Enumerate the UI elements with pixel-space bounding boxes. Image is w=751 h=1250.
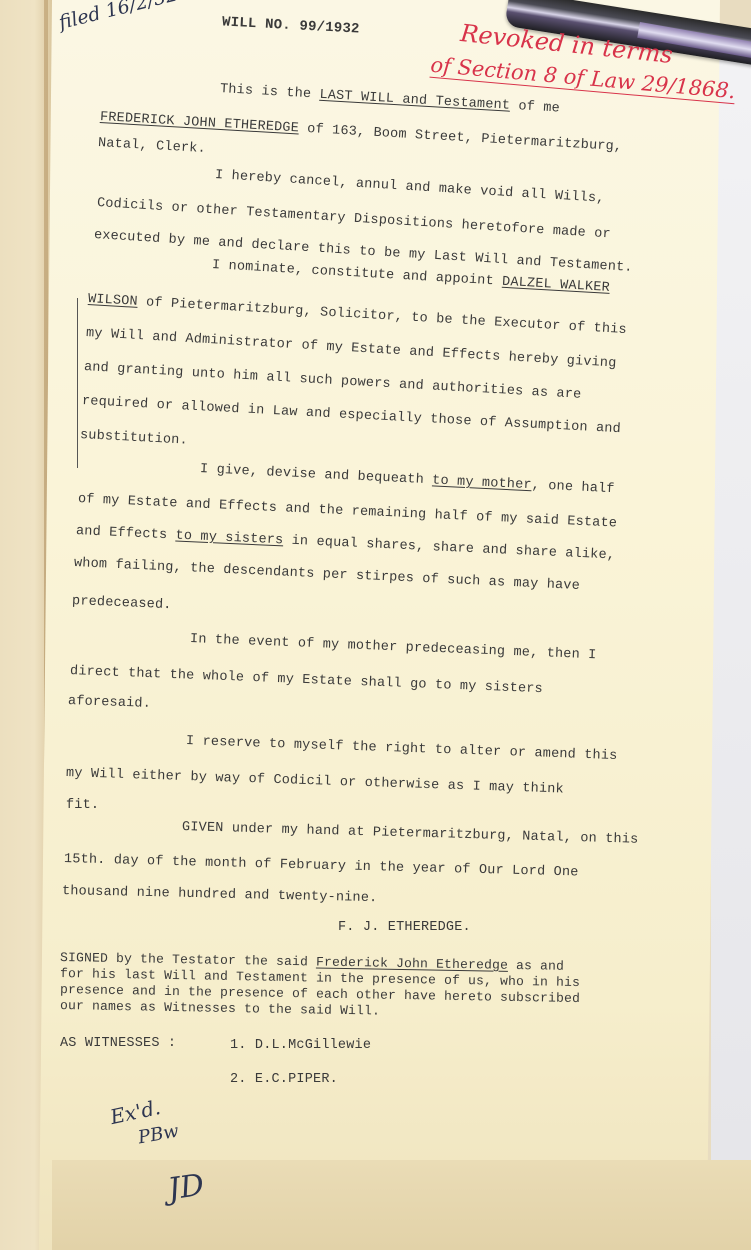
initials-jd: JD xyxy=(166,1168,207,1208)
witnesses-label: AS WITNESSES : xyxy=(60,1036,176,1051)
witness-1: 1. D.L.McGillewie xyxy=(230,1038,371,1053)
para5-line3: aforesaid. xyxy=(68,694,151,712)
witness-2: 2. E.C.PIPER. xyxy=(230,1072,338,1087)
testator-signature: F. J. ETHEREDGE. xyxy=(338,920,471,935)
margin-rule xyxy=(77,298,78,468)
para6-line3: fit. xyxy=(66,798,99,813)
sheet-bottom-fold xyxy=(52,1160,751,1250)
